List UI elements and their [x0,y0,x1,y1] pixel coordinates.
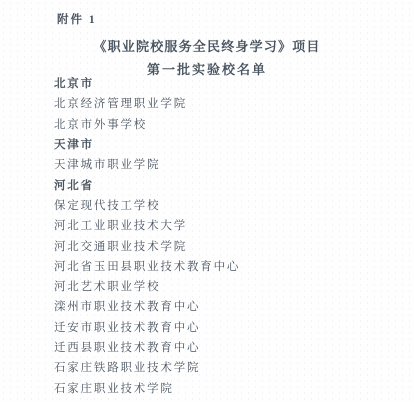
school-item: 迁安市职业技术教育中心 [54,317,414,337]
school-item: 滦州市职业技术教育中心 [54,296,414,316]
region-heading: 天津市 [54,134,414,154]
region-heading: 北京市 [54,73,414,93]
page-title: 《职业院校服务全民终身学习》项目 [0,36,414,55]
school-list: 北京市北京经济管理职业学院北京市外事学校天津市天津城市职业学院河北省保定现代技工… [54,73,414,398]
school-item: 天津城市职业学院 [54,154,414,174]
attachment-label: 附件 1 [57,11,97,27]
school-item: 河北交通职业技术学院 [54,235,414,255]
region-heading: 河北省 [54,174,414,194]
school-item: 石家庄职业技术学院 [54,377,414,397]
school-item: 保定现代技工学校 [54,195,414,215]
school-item: 迁西县职业技术教育中心 [54,337,414,357]
school-item: 河北工业职业技术大学 [54,215,414,235]
school-item: 北京市外事学校 [54,114,414,134]
school-item: 北京经济管理职业学院 [54,93,414,113]
school-item: 河北艺术职业学校 [54,276,414,296]
school-item: 石家庄铁路职业技术学院 [54,357,414,377]
school-item: 河北省玉田县职业技术教育中心 [54,256,414,276]
document-page: 附件 1 《职业院校服务全民终身学习》项目 第一批实验校名单 北京市北京经济管理… [0,0,414,402]
